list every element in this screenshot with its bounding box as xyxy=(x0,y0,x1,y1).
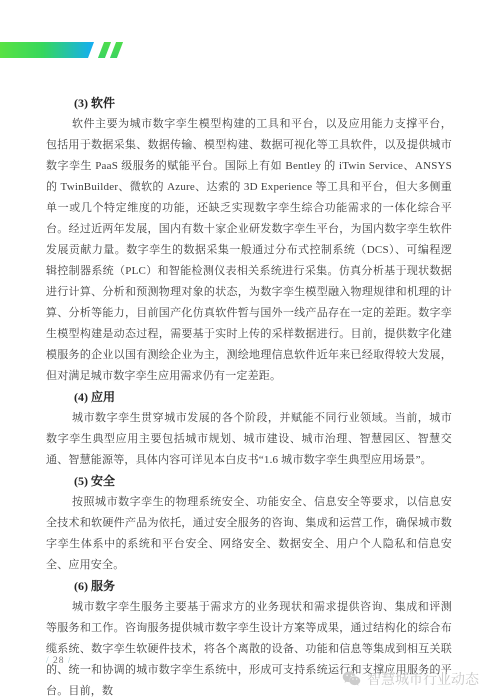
page-number-value: 28 xyxy=(53,656,65,666)
watermark-label: 智慧城市行业动态 xyxy=(367,669,479,689)
page-number-slash: / xyxy=(46,656,50,666)
section-heading-security: (5) 安全 xyxy=(46,471,452,492)
section-paragraph-application: 城市数字孪生贯穿城市发展的各个阶段，并赋能不同行业领域。当前，城市数字孪生典型应… xyxy=(46,408,452,471)
section-heading-application: (4) 应用 xyxy=(46,387,452,408)
watermark: 智慧城市行业动态 xyxy=(341,668,479,689)
section-paragraph-software: 软件主要为城市数字孪生模型构建的工具和平台，以及应用能力支撑平台，包括用于数据采… xyxy=(46,114,452,387)
section-paragraph-security: 按照城市数字孪生的物理系统安全、功能安全、信息安全等要求，以信息安全技术和软硬件… xyxy=(46,492,452,576)
slash-icon xyxy=(110,42,123,58)
page-number: / 28 / xyxy=(46,656,72,666)
page-number-slash: / xyxy=(68,656,72,666)
section-heading-service: (6) 服务 xyxy=(46,576,452,597)
document-body: (3) 软件 软件主要为城市数字孪生模型构建的工具和平台，以及应用能力支撑平台，… xyxy=(46,93,452,700)
document-page: (3) 软件 软件主要为城市数字孪生模型构建的工具和平台，以及应用能力支撑平台，… xyxy=(0,0,496,700)
accent-bar xyxy=(0,42,94,58)
wechat-icon xyxy=(341,668,362,689)
section-heading-software: (3) 软件 xyxy=(46,93,452,114)
slash-icon xyxy=(98,42,111,58)
